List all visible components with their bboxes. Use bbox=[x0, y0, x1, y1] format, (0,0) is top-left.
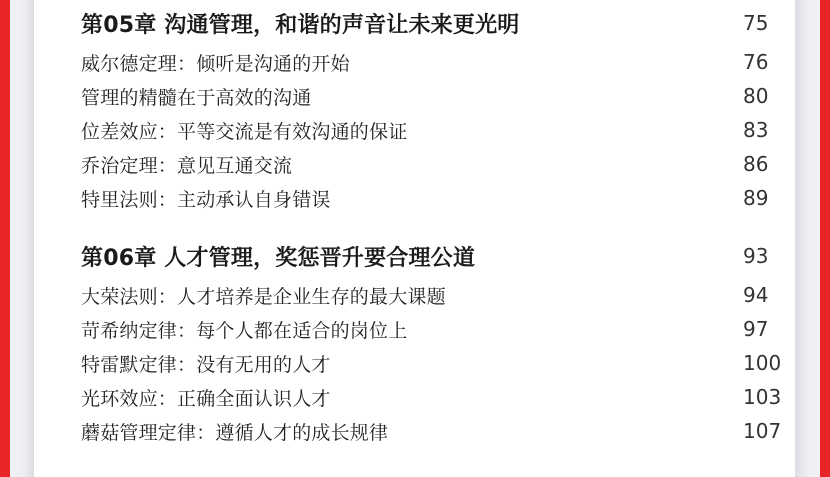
entry-title: 位差效应：平等交流是有效沟通的保证 bbox=[81, 117, 407, 144]
chapter-heading-06[interactable]: 第06章 人才管理，奖惩晋升要合理公道 93 bbox=[81, 241, 781, 271]
entry-title: 管理的精髓在于高效的沟通 bbox=[81, 83, 311, 110]
entry-title: 蘑菇管理定律：遵循人才的成长规律 bbox=[81, 418, 388, 445]
entry-page-number: 89 bbox=[743, 186, 768, 210]
table-of-contents-page: 第05章 沟通管理，和谐的声音让未来更光明 75 威尔德定理：倾听是沟通的开始 … bbox=[34, 0, 795, 477]
chapter-title: 第06章 人才管理，奖惩晋升要合理公道 bbox=[81, 241, 475, 272]
toc-entry[interactable]: 管理的精髓在于高效的沟通 80 bbox=[81, 81, 781, 111]
toc-entry[interactable]: 特雷默定律：没有无用的人才 100 bbox=[81, 348, 781, 378]
chapter-page-number: 75 bbox=[743, 11, 768, 35]
entry-title: 大荣法则：人才培养是企业生存的最大课题 bbox=[81, 282, 446, 309]
entry-title: 光环效应：正确全面认识人才 bbox=[81, 384, 331, 411]
entry-page-number: 97 bbox=[743, 317, 768, 341]
toc-entry[interactable]: 威尔德定理：倾听是沟通的开始 76 bbox=[81, 47, 781, 77]
chapter-title: 第05章 沟通管理，和谐的声音让未来更光明 bbox=[81, 8, 519, 39]
entry-page-number: 86 bbox=[743, 152, 768, 176]
toc-entry[interactable]: 大荣法则：人才培养是企业生存的最大课题 94 bbox=[81, 280, 781, 310]
chapter-heading-05[interactable]: 第05章 沟通管理，和谐的声音让未来更光明 75 bbox=[81, 8, 781, 38]
chapter-page-number: 93 bbox=[743, 244, 768, 268]
entry-page-number: 103 bbox=[743, 385, 781, 409]
toc-entry[interactable]: 苛希纳定律：每个人都在适合的岗位上 97 bbox=[81, 314, 781, 344]
entry-title: 苛希纳定律：每个人都在适合的岗位上 bbox=[81, 316, 407, 343]
toc-entry[interactable]: 蘑菇管理定律：遵循人才的成长规律 107 bbox=[81, 416, 781, 446]
toc-entry[interactable]: 位差效应：平等交流是有效沟通的保证 83 bbox=[81, 115, 781, 145]
toc-entry[interactable]: 特里法则：主动承认自身错误 89 bbox=[81, 183, 781, 213]
entry-page-number: 76 bbox=[743, 50, 768, 74]
entry-title: 特雷默定律：没有无用的人才 bbox=[81, 350, 331, 377]
entry-title: 威尔德定理：倾听是沟通的开始 bbox=[81, 49, 350, 76]
entry-title: 特里法则：主动承认自身错误 bbox=[81, 185, 331, 212]
entry-page-number: 107 bbox=[743, 419, 781, 443]
entry-page-number: 100 bbox=[743, 351, 781, 375]
toc-entry[interactable]: 乔治定理：意见互通交流 86 bbox=[81, 149, 781, 179]
entry-page-number: 83 bbox=[743, 118, 768, 142]
entry-page-number: 80 bbox=[743, 84, 768, 108]
entry-title: 乔治定理：意见互通交流 bbox=[81, 151, 292, 178]
entry-page-number: 94 bbox=[743, 283, 768, 307]
toc-entry[interactable]: 光环效应：正确全面认识人才 103 bbox=[81, 382, 781, 412]
